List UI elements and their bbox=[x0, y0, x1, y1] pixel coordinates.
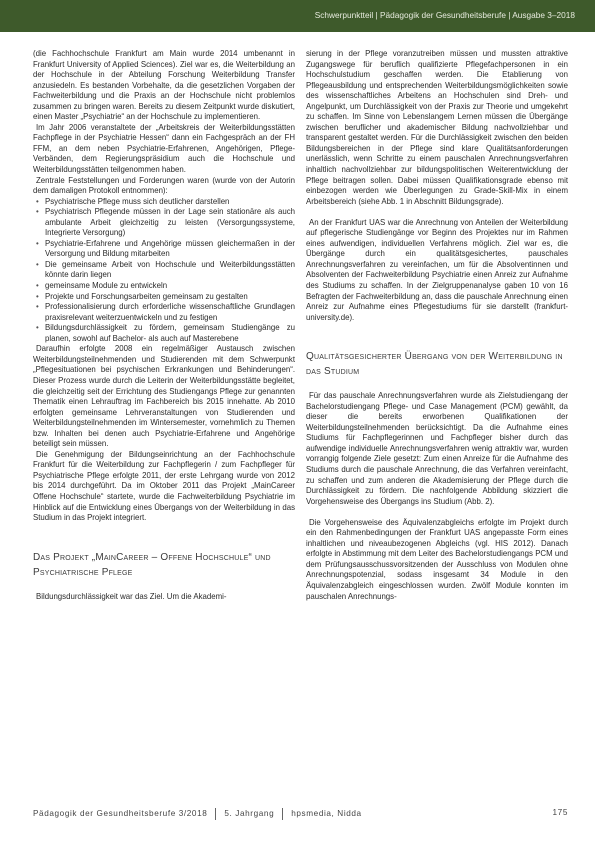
divider bbox=[215, 808, 216, 820]
list-item: Projekte und Forschungsarbeiten gemeinsa… bbox=[45, 292, 295, 303]
list-item: Psychiatrische Pflege muss sich deutlich… bbox=[45, 197, 295, 208]
paragraph: Für das pauschale Anrechnungsverfahren w… bbox=[306, 391, 568, 507]
list-item: Professionalisierung durch erforderliche… bbox=[45, 302, 295, 323]
list-item: Die gemeinsame Arbeit von Hochschule und… bbox=[45, 260, 295, 281]
bullet-list: Psychiatrische Pflege muss sich deutlich… bbox=[33, 197, 295, 345]
paragraph: An der Frankfurt UAS war die Anrechnung … bbox=[306, 218, 568, 323]
paragraph: (die Fachhochschule Frankfurt am Main wu… bbox=[33, 49, 295, 123]
list-item: Psychiatrisch Pflegende müssen in der La… bbox=[45, 207, 295, 239]
publisher: hpsmedia, Nidda bbox=[291, 809, 361, 818]
right-column: sierung in der Pflege voranzutreiben müs… bbox=[306, 49, 568, 602]
journal-name: Pädagogik der Gesundheitsberufe 3/2018 bbox=[33, 809, 207, 818]
divider bbox=[282, 808, 283, 820]
volume: 5. Jahrgang bbox=[224, 809, 274, 818]
header-bar: Schwerpunktteil | Pädagogik der Gesundhe… bbox=[0, 0, 595, 32]
paragraph: Zentrale Feststellungen und Forderungen … bbox=[33, 176, 295, 197]
paragraph: Im Jahr 2006 veranstaltete der „Arbeitsk… bbox=[33, 123, 295, 176]
paragraph: Daraufhin erfolgte 2008 ein regelmäßiger… bbox=[33, 344, 295, 449]
page-number: 175 bbox=[553, 808, 568, 817]
running-title: Schwerpunktteil | Pädagogik der Gesundhe… bbox=[315, 10, 575, 20]
left-column: (die Fachhochschule Frankfurt am Main wu… bbox=[33, 49, 295, 602]
paragraph: sierung in der Pflege voranzutreiben müs… bbox=[306, 49, 568, 207]
paragraph: Die Genehmigung der Bildungseinrichtung … bbox=[33, 450, 295, 524]
list-item: Bildungsdurchlässigkeit zu fördern, geme… bbox=[45, 323, 295, 344]
list-item: Psychiatrie-Erfahrene und Angehörige müs… bbox=[45, 239, 295, 260]
paragraph: Bildungsdurchlässigkeit war das Ziel. Um… bbox=[33, 592, 295, 603]
page-footer: Pädagogik der Gesundheitsberufe 3/20185.… bbox=[33, 808, 568, 820]
list-item: gemeinsame Module zu entwickeln bbox=[45, 281, 295, 292]
section-heading: Das Projekt „MainCareer – Offene Hochsch… bbox=[33, 550, 295, 580]
paragraph: Die Vorgehensweise des Äquivalenzabgleic… bbox=[306, 518, 568, 602]
section-heading: Qualitätsgesicherter Übergang von der We… bbox=[306, 349, 568, 379]
